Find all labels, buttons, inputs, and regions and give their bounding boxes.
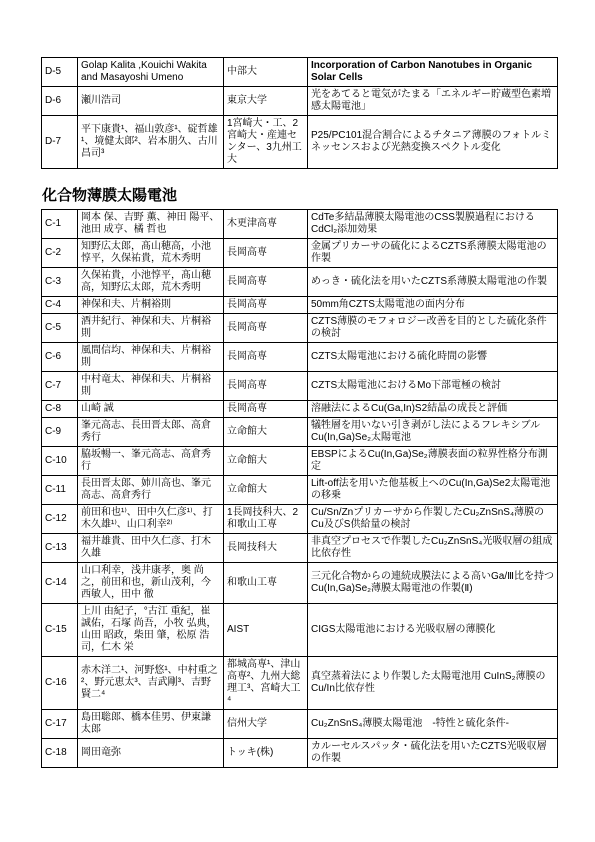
table-row: C-2知野広太郎，髙山穂高，小池惇平，久保祐貴，荒木秀明長岡高専金属プリカーサの…: [42, 239, 558, 268]
paper-id-cell: C-15: [42, 604, 78, 657]
affiliation-cell: 立命館大: [224, 476, 308, 505]
session-d-rows: D-5Golap Kalita ,Kouichi Wakita and Masa…: [42, 58, 558, 169]
paper-id-cell: C-11: [42, 476, 78, 505]
affiliation-cell: 1宮崎大・工、2宮崎大・産連センター、3九州工大: [224, 116, 308, 169]
affiliation-cell: トッキ(株): [224, 739, 308, 768]
paper-title-cell: CdTe多結晶薄膜太陽電池のCSS製膜過程におけるCdCl₂添加効果: [308, 210, 558, 239]
table-row: C-13福井雄貴、田中久仁彦、打木久雄長岡技科大非真空プロセスで作製したCu₂Z…: [42, 534, 558, 563]
table-row: D-7平下康貴¹、福山敦彦¹、碇哲雄¹、境健太郎²、岩本朋久、古川昌司³1宮崎大…: [42, 116, 558, 169]
affiliation-cell: 信州大学: [224, 710, 308, 739]
table-row: C-7中村竜太、神保和夫、片桐裕則長岡高専CZTS太陽電池におけるMo下部電極の…: [42, 372, 558, 401]
table-row: C-1岡本 保、吉野 薫、神田 陽平、池田 成亨、橘 哲也木更津高専CdTe多結…: [42, 210, 558, 239]
affiliation-cell: 長岡高専: [224, 401, 308, 418]
paper-title-cell: CIGS太陽電池における光吸収層の薄膜化: [308, 604, 558, 657]
authors-cell: 久保祐貴，小池惇平，髙山穂高，知野広太郎，荒木秀明: [78, 268, 224, 297]
table-row: C-10脇坂暢一、峯元高志、高倉秀行立命館大EBSPによるCu(In,Ga)Se…: [42, 447, 558, 476]
paper-id-cell: C-16: [42, 657, 78, 710]
table-row: C-12前田和也¹⁾、田中久仁彦¹⁾、打木久雄¹⁾、山口利幸²⁾1長岡技科大、2…: [42, 505, 558, 534]
paper-id-cell: C-14: [42, 563, 78, 604]
authors-cell: 上川 由紀子，°古江 重紀，崔 誠佑，石塚 尚吾，小牧 弘典，山田 昭政，柴田 …: [78, 604, 224, 657]
affiliation-cell: 長岡高専: [224, 343, 308, 372]
program-content: D-5Golap Kalita ,Kouichi Wakita and Masa…: [41, 57, 557, 768]
authors-cell: 島田聡郎、橋本佳男、伊東謙太郎: [78, 710, 224, 739]
paper-title-cell: 非真空プロセスで作製したCu₂ZnSnS₄光吸収層の組成比依存性: [308, 534, 558, 563]
affiliation-cell: 木更津高専: [224, 210, 308, 239]
authors-cell: 峯元高志、長田晋太郎、高倉秀行: [78, 418, 224, 447]
affiliation-cell: 和歌山工専: [224, 563, 308, 604]
paper-id-cell: C-18: [42, 739, 78, 768]
authors-cell: 岡田竜弥: [78, 739, 224, 768]
paper-id-cell: C-9: [42, 418, 78, 447]
table-row: C-18岡田竜弥トッキ(株)カルーセルスパッタ・硫化法を用いたCZTS光吸収層の…: [42, 739, 558, 768]
affiliation-cell: 中部大: [224, 58, 308, 87]
table-row: C-3久保祐貴，小池惇平，髙山穂高，知野広太郎，荒木秀明長岡高専めっき・硫化法を…: [42, 268, 558, 297]
affiliation-cell: 長岡高専: [224, 314, 308, 343]
paper-title-cell: 犠牲層を用いない引き剥がし法によるフレキシブルCu(In,Ga)Se₂太陽電池: [308, 418, 558, 447]
paper-id-cell: D-5: [42, 58, 78, 87]
paper-id-cell: C-13: [42, 534, 78, 563]
table-row: C-14山口利幸，浅井康孝，奥 尚之，前田和也，新山茂利，今西敏人，田中 徹和歌…: [42, 563, 558, 604]
authors-cell: 神保和夫、片桐裕則: [78, 297, 224, 314]
table-row: D-5Golap Kalita ,Kouichi Wakita and Masa…: [42, 58, 558, 87]
paper-title-cell: CZTS薄膜のモフォロジー改善を目的とした硫化条件の検討: [308, 314, 558, 343]
table-row: D-6瀬川浩司東京大学光をあてると電気がたまる「エネルギー貯蔵型色素増感太陽電池…: [42, 87, 558, 116]
paper-id-cell: C-3: [42, 268, 78, 297]
paper-title-cell: EBSPによるCu(In,Ga)Se₂薄膜表面の粒界性格分布測定: [308, 447, 558, 476]
paper-title-cell: Cu₂ZnSnS₄薄膜太陽電池 -特性と硫化条件-: [308, 710, 558, 739]
table-row: C-4神保和夫、片桐裕則長岡高専50mm角CZTS太陽電池の面内分布: [42, 297, 558, 314]
table-row: C-6風間信均、神保和夫、片桐裕則長岡高専CZTS太陽電池における硫化時間の影響: [42, 343, 558, 372]
paper-title-cell: 金属プリカーサの硫化によるCZTS系薄膜太陽電池の作製: [308, 239, 558, 268]
session-c-table: C-1岡本 保、吉野 薫、神田 陽平、池田 成亨、橘 哲也木更津高専CdTe多結…: [41, 209, 558, 768]
paper-title-cell: Lift-off法を用いた他基板上へのCu(In,Ga)Se2太陽電池の移乗: [308, 476, 558, 505]
paper-title-cell: めっき・硫化法を用いたCZTS系薄膜太陽電池の作製: [308, 268, 558, 297]
table-row: C-11長田晋太郎、姉川高也、峯元高志、高倉秀行立命館大Lift-off法を用い…: [42, 476, 558, 505]
table-row: C-5酒井紀行、神保和夫、片桐裕則長岡高専CZTS薄膜のモフォロジー改善を目的と…: [42, 314, 558, 343]
paper-id-cell: C-12: [42, 505, 78, 534]
affiliation-cell: 1長岡技科大、2和歌山工専: [224, 505, 308, 534]
table-row: C-16赤木洋二¹、河野悠¹、中村重之²、野元恵太³、吉武剛³、吉野賢二⁴都城高…: [42, 657, 558, 710]
paper-id-cell: C-10: [42, 447, 78, 476]
paper-title-cell: CZTS太陽電池におけるMo下部電極の検討: [308, 372, 558, 401]
table-row: C-17島田聡郎、橋本佳男、伊東謙太郎信州大学Cu₂ZnSnS₄薄膜太陽電池 -…: [42, 710, 558, 739]
authors-cell: Golap Kalita ,Kouichi Wakita and Masayos…: [78, 58, 224, 87]
authors-cell: 福井雄貴、田中久仁彦、打木久雄: [78, 534, 224, 563]
affiliation-cell: 長岡技科大: [224, 534, 308, 563]
authors-cell: 長田晋太郎、姉川高也、峯元高志、高倉秀行: [78, 476, 224, 505]
affiliation-cell: 長岡高専: [224, 239, 308, 268]
paper-id-cell: D-6: [42, 87, 78, 116]
section-heading-compound-thin-film: 化合物薄膜太陽電池: [42, 187, 557, 205]
paper-title-cell: 50mm角CZTS太陽電池の面内分布: [308, 297, 558, 314]
session-d-table: D-5Golap Kalita ,Kouichi Wakita and Masa…: [41, 57, 558, 169]
affiliation-cell: 東京大学: [224, 87, 308, 116]
authors-cell: 山崎 誠: [78, 401, 224, 418]
affiliation-cell: 立命館大: [224, 447, 308, 476]
authors-cell: 酒井紀行、神保和夫、片桐裕則: [78, 314, 224, 343]
authors-cell: 前田和也¹⁾、田中久仁彦¹⁾、打木久雄¹⁾、山口利幸²⁾: [78, 505, 224, 534]
paper-id-cell: C-5: [42, 314, 78, 343]
paper-title-cell: Incorporation of Carbon Nanotubes in Org…: [308, 58, 558, 87]
paper-title-cell: カルーセルスパッタ・硫化法を用いたCZTS光吸収層の作製: [308, 739, 558, 768]
authors-cell: 岡本 保、吉野 薫、神田 陽平、池田 成亨、橘 哲也: [78, 210, 224, 239]
paper-title-cell: 三元化合物からの連続成膜法による高いGa/Ⅲ比を持つCu(In,Ga)Se₂薄膜…: [308, 563, 558, 604]
paper-title-cell: CZTS太陽電池における硫化時間の影響: [308, 343, 558, 372]
paper-id-cell: C-4: [42, 297, 78, 314]
authors-cell: 知野広太郎，髙山穂高，小池惇平，久保祐貴，荒木秀明: [78, 239, 224, 268]
paper-title-cell: Cu/Sn/Znプリカーサから作製したCu₂ZnSnS₄薄膜のCu及びS供給量の…: [308, 505, 558, 534]
authors-cell: 脇坂暢一、峯元高志、高倉秀行: [78, 447, 224, 476]
affiliation-cell: 都城高専¹、津山高専²、九州大総理工³、宮崎大工⁴: [224, 657, 308, 710]
paper-id-cell: C-17: [42, 710, 78, 739]
paper-id-cell: C-2: [42, 239, 78, 268]
session-c-rows: C-1岡本 保、吉野 薫、神田 陽平、池田 成亨、橘 哲也木更津高専CdTe多結…: [42, 210, 558, 768]
authors-cell: 中村竜太、神保和夫、片桐裕則: [78, 372, 224, 401]
authors-cell: 平下康貴¹、福山敦彦¹、碇哲雄¹、境健太郎²、岩本朋久、古川昌司³: [78, 116, 224, 169]
conference-program-page: D-5Golap Kalita ,Kouichi Wakita and Masa…: [0, 0, 595, 842]
table-row: C-9峯元高志、長田晋太郎、高倉秀行立命館大犠牲層を用いない引き剥がし法によるフ…: [42, 418, 558, 447]
authors-cell: 瀬川浩司: [78, 87, 224, 116]
authors-cell: 赤木洋二¹、河野悠¹、中村重之²、野元恵太³、吉武剛³、吉野賢二⁴: [78, 657, 224, 710]
paper-id-cell: C-1: [42, 210, 78, 239]
paper-title-cell: 溶融法によるCu(Ga,In)S2結晶の成長と評価: [308, 401, 558, 418]
affiliation-cell: 長岡高専: [224, 297, 308, 314]
paper-id-cell: D-7: [42, 116, 78, 169]
paper-id-cell: C-7: [42, 372, 78, 401]
paper-id-cell: C-6: [42, 343, 78, 372]
authors-cell: 山口利幸，浅井康孝，奥 尚之，前田和也，新山茂利，今西敏人，田中 徹: [78, 563, 224, 604]
table-row: C-8山崎 誠長岡高専溶融法によるCu(Ga,In)S2結晶の成長と評価: [42, 401, 558, 418]
affiliation-cell: 長岡高専: [224, 268, 308, 297]
table-row: C-15上川 由紀子，°古江 重紀，崔 誠佑，石塚 尚吾，小牧 弘典，山田 昭政…: [42, 604, 558, 657]
paper-title-cell: 光をあてると電気がたまる「エネルギー貯蔵型色素増感太陽電池」: [308, 87, 558, 116]
paper-title-cell: P25/PC101混合割合によるチタニア薄膜のフォトルミネッセンスおよび光熱変換…: [308, 116, 558, 169]
affiliation-cell: AIST: [224, 604, 308, 657]
affiliation-cell: 長岡高専: [224, 372, 308, 401]
authors-cell: 風間信均、神保和夫、片桐裕則: [78, 343, 224, 372]
affiliation-cell: 立命館大: [224, 418, 308, 447]
paper-title-cell: 真空蒸着法により作製した太陽電池用 CuInS₂薄膜のCu/In比依存性: [308, 657, 558, 710]
paper-id-cell: C-8: [42, 401, 78, 418]
